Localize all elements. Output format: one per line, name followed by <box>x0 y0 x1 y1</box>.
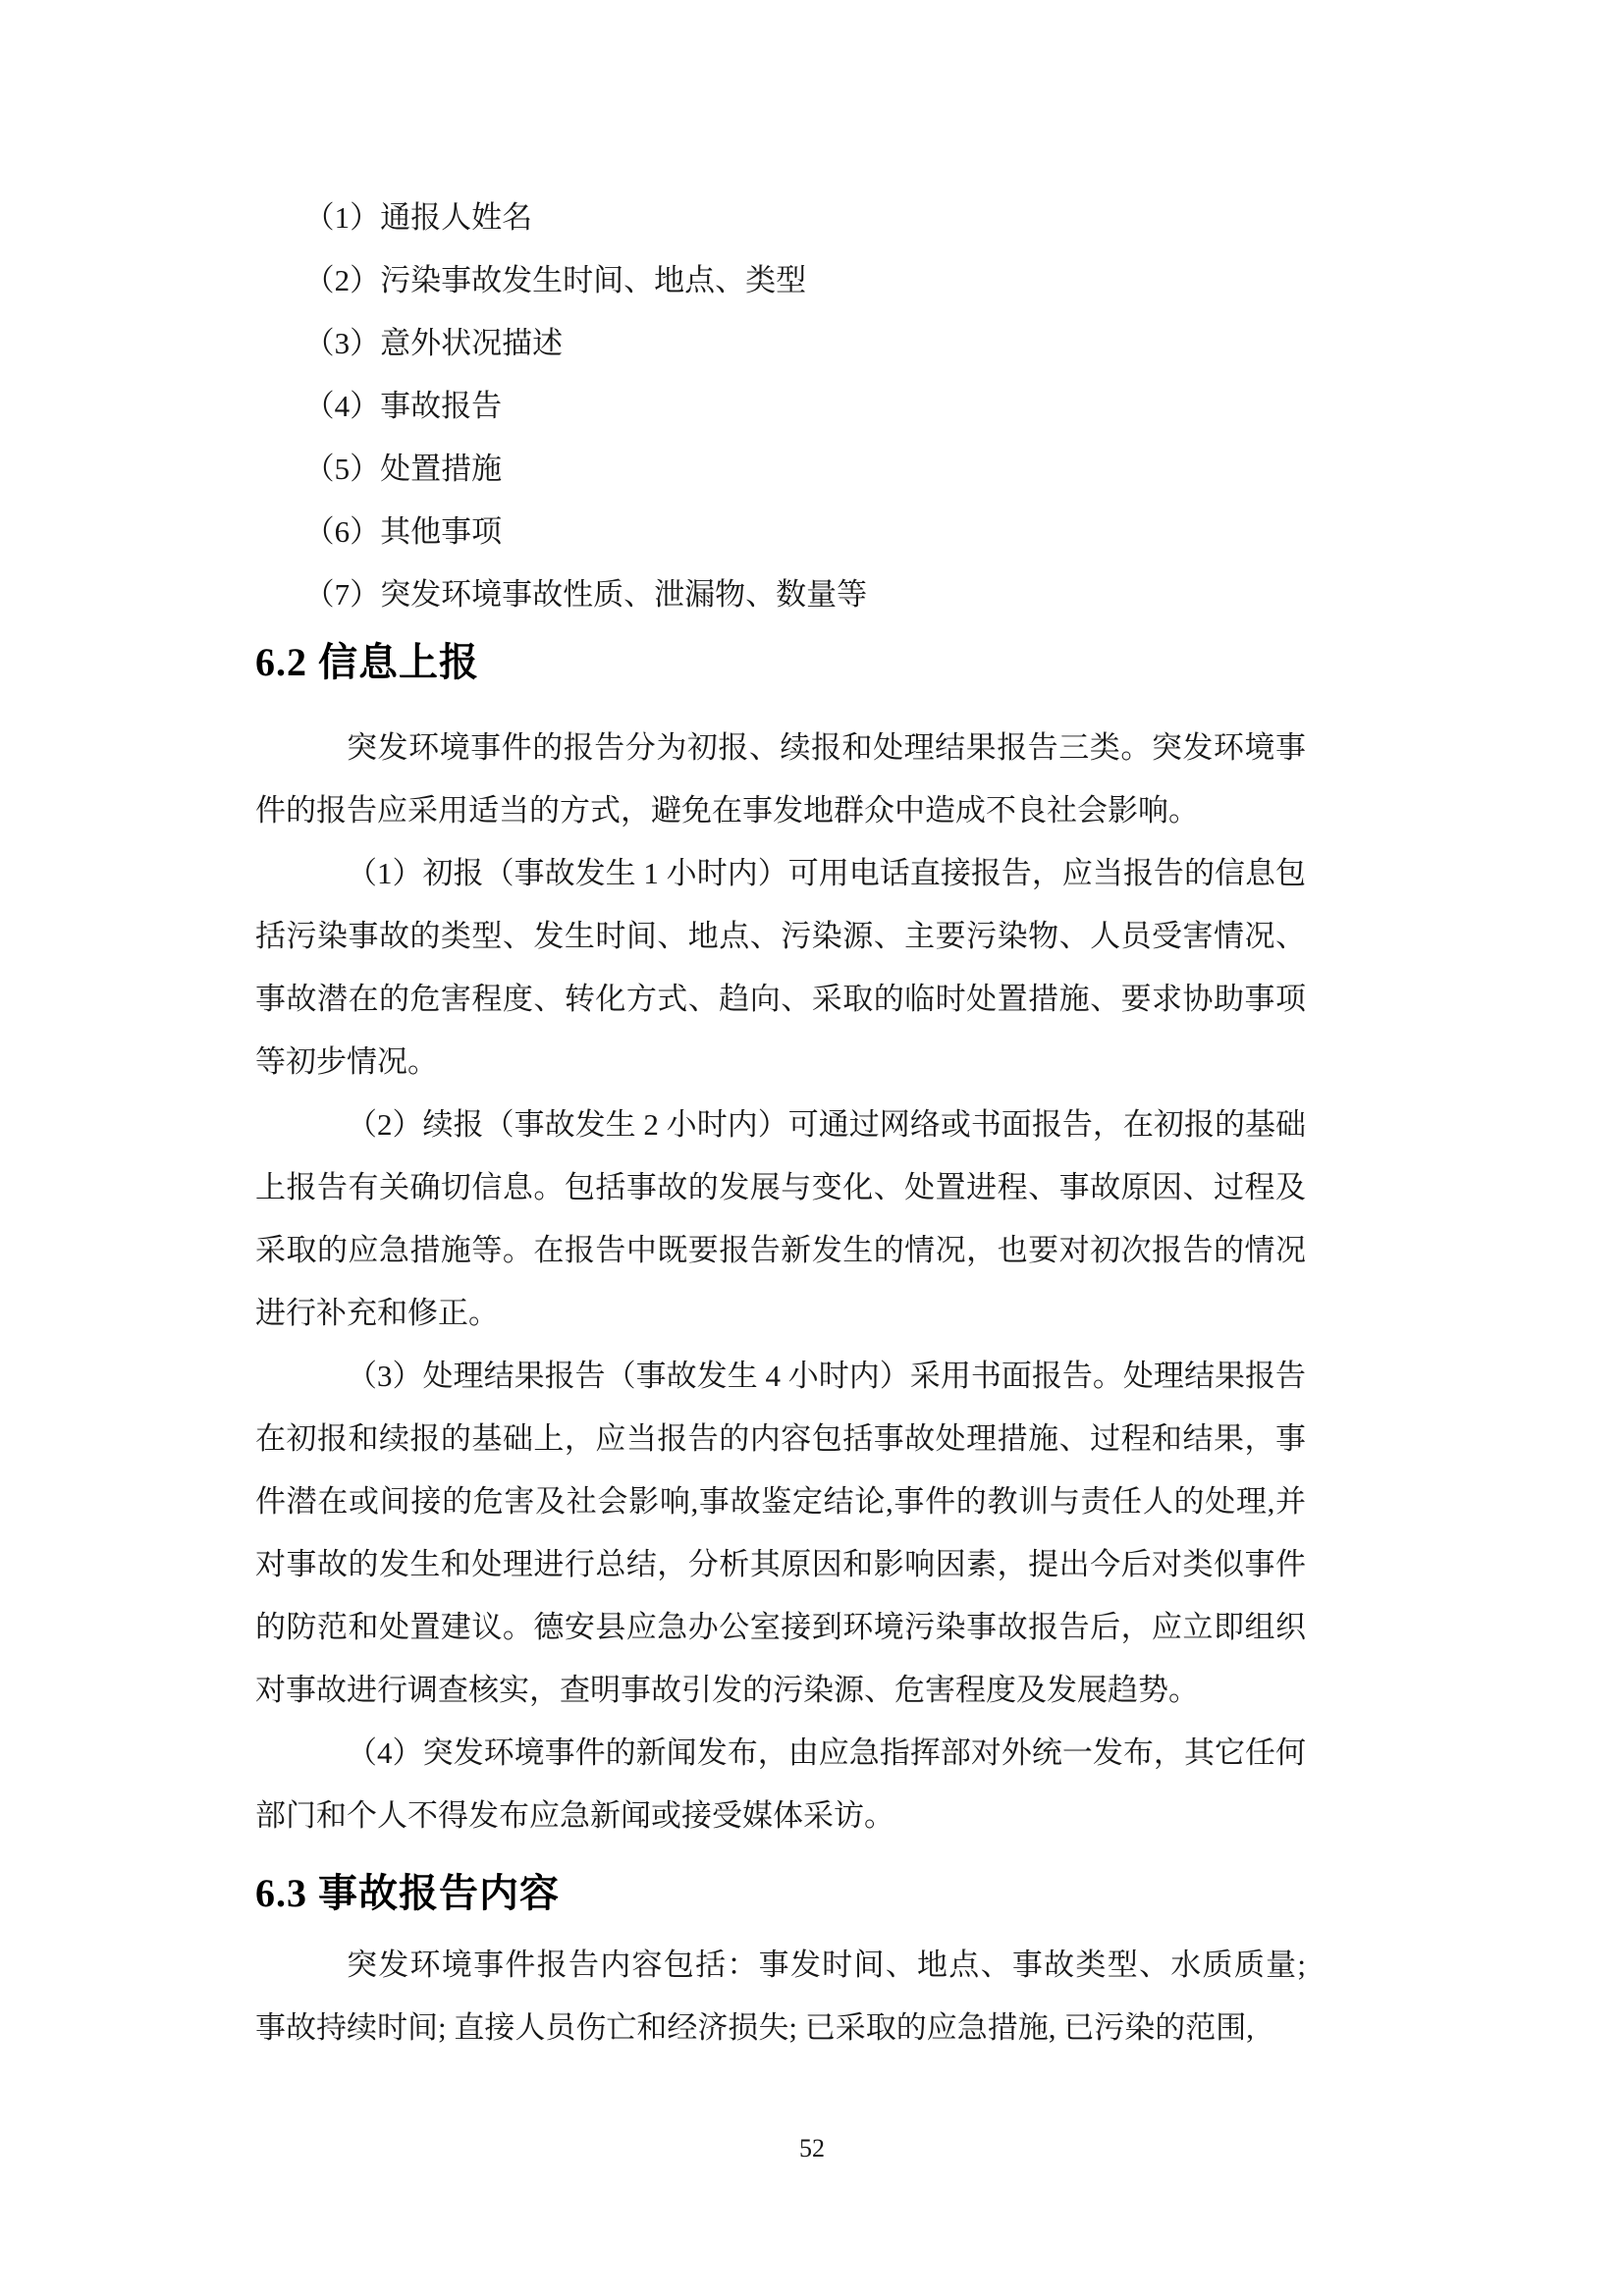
list-item: （2）污染事故发生时间、地点、类型 <box>255 249 1306 312</box>
body-paragraph: （1）初报（事故发生 1 小时内）可用电话直接报告，应当报告的信息包括污染事故的… <box>255 842 1306 1094</box>
list-item: （7）突发环境事故性质、泄漏物、数量等 <box>255 563 1306 626</box>
numbered-list: （1）通报人姓名 （2）污染事故发生时间、地点、类型 （3）意外状况描述 （4）… <box>255 187 1306 626</box>
page-content: （1）通报人姓名 （2）污染事故发生时间、地点、类型 （3）意外状况描述 （4）… <box>255 187 1306 2059</box>
list-item: （3）意外状况描述 <box>255 312 1306 375</box>
body-paragraph: 突发环境事件的报告分为初报、续报和处理结果报告三类。突发环境事件的报告应采用适当… <box>255 717 1306 842</box>
body-paragraph: （4）突发环境事件的新闻发布，由应急指挥部对外统一发布，其它任何部门和个人不得发… <box>255 1722 1306 1847</box>
section-heading-6-2: 6.2 信息上报 <box>255 628 1306 697</box>
body-paragraph: （2）续报（事故发生 2 小时内）可通过网络或书面报告，在初报的基础上报告有关确… <box>255 1094 1306 1345</box>
section-heading-6-3: 6.3 事故报告内容 <box>255 1859 1306 1928</box>
page-number: 52 <box>0 2132 1624 2165</box>
document-page: （1）通报人姓名 （2）污染事故发生时间、地点、类型 （3）意外状况描述 （4）… <box>0 0 1624 2296</box>
list-item: （1）通报人姓名 <box>255 187 1306 249</box>
list-item: （5）处置措施 <box>255 438 1306 501</box>
list-item: （6）其他事项 <box>255 501 1306 563</box>
body-paragraph: （3）处理结果报告（事故发生 4 小时内）采用书面报告。处理结果报告在初报和续报… <box>255 1345 1306 1722</box>
list-item: （4）事故报告 <box>255 375 1306 438</box>
body-paragraph: 突发环境事件报告内容包括：事发时间、地点、事故类型、水质质量; 事故持续时间; … <box>255 1934 1306 2059</box>
